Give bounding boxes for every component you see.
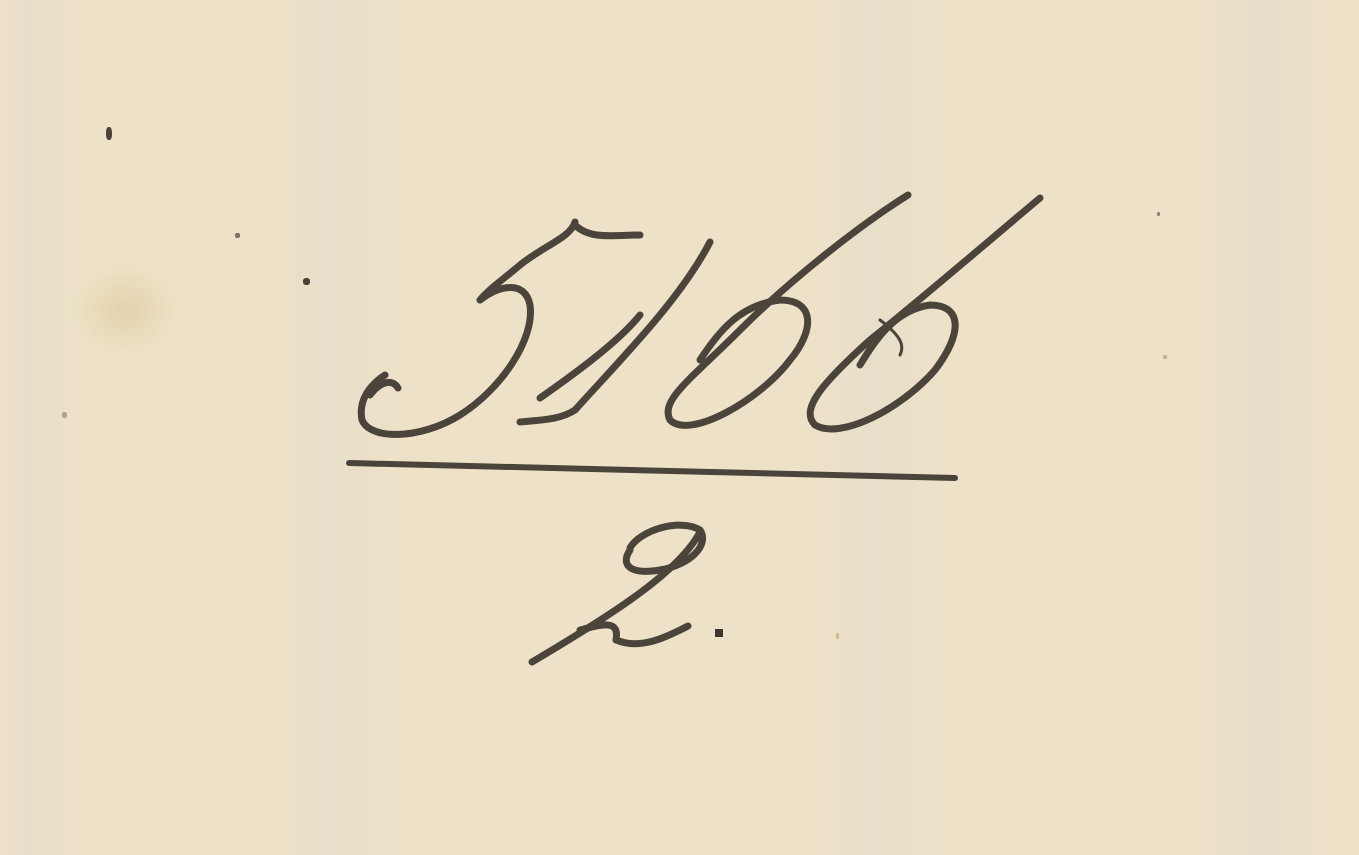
handwritten-denominator	[532, 525, 703, 662]
handwriting	[0, 0, 1359, 855]
period-dot	[715, 629, 723, 637]
fraction-bar	[349, 463, 955, 478]
handwritten-numerator	[361, 195, 1040, 434]
